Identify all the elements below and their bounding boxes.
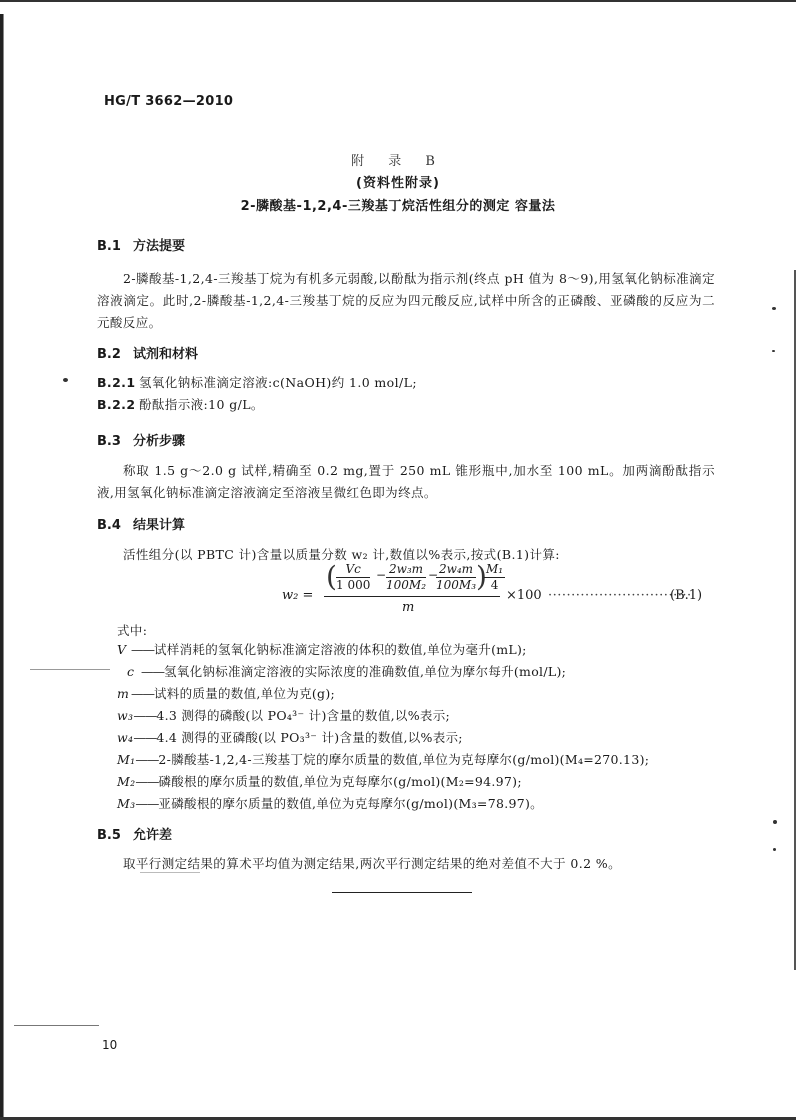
section-b3-paragraph: 称取 1.5 g～2.0 g 试样,精确至 0.2 mg,置于 250 mL 锥… [97, 460, 715, 504]
definition-item: V——试样消耗的氢氧化钠标准滴定溶液的体积的数值,单位为毫升(mL); [117, 640, 649, 662]
minus-sign: − [376, 568, 386, 582]
section-title: 方法提要 [133, 239, 185, 254]
definition-item: c——氢氧化钠标准滴定溶液的实际浓度的准确数值,单位为摩尔每升(mol/L); [117, 662, 649, 684]
section-number: B.4 [97, 518, 127, 533]
definition-item: m——试料的质量的数值,单位为克(g); [117, 684, 649, 706]
equation-b1: w₂ = ( Vc 1 000 − 2w₃m 100M₂ − 2w₄m 100M… [280, 560, 720, 618]
scan-edge-top [0, 0, 796, 2]
fraction-term3: 2w₄m 100M₃ [436, 562, 476, 593]
variable-definitions: V——试样消耗的氢氧化钠标准滴定溶液的体积的数值,单位为毫升(mL); c——氢… [117, 640, 649, 816]
section-number: B.5 [97, 828, 127, 843]
page-number: 10 [102, 1038, 117, 1052]
equation-number: (B.1) [670, 588, 702, 603]
main-fraction-bar [324, 596, 500, 597]
section-b1-paragraph: 2-膦酸基-1,2,4-三羧基丁烷为有机多元弱酸,以酚酞为指示剂(终点 pH 值… [97, 268, 715, 334]
scan-speck [773, 848, 776, 851]
scan-noise [140, 872, 200, 873]
section-number: B.3 [97, 434, 127, 449]
fraction-factor: M₁ 4 [484, 562, 505, 593]
section-heading-b5: B.5允许差 [97, 824, 172, 843]
formula-lhs: w₂ = [282, 588, 313, 603]
item-number: B.2.2 [97, 397, 139, 412]
standard-code: HG/T 3662—2010 [104, 94, 233, 109]
fraction-term2: 2w₃m 100M₂ [386, 562, 426, 593]
fraction-term1: Vc 1 000 [336, 562, 370, 593]
section-number: B.1 [97, 239, 127, 254]
formula-multiplier: ×100 [506, 588, 542, 603]
appendix-label: 附 录 B [0, 150, 796, 169]
section-number: B.2 [97, 347, 127, 362]
list-item-b2-1: B.2.1氢氧化钠标准滴定溶液:c(NaOH)约 1.0 mol/L; [97, 373, 417, 391]
list-item-b2-2: B.2.2酚酞指示液:10 g/L。 [97, 395, 264, 413]
definition-item: M₁——2-膦酸基-1,2,4-三羧基丁烷的摩尔质量的数值,单位为克每摩尔(g/… [117, 750, 649, 772]
section-heading-b1: B.1方法提要 [97, 235, 185, 254]
definition-item: M₃——亚磷酸根的摩尔质量的数值,单位为克每摩尔(g/mol)(M₃=78.97… [117, 794, 649, 816]
scan-speck [772, 307, 776, 310]
definition-item: M₂——磷酸根的摩尔质量的数值,单位为克每摩尔(g/mol)(M₂=94.97)… [117, 772, 649, 794]
end-of-document-rule [332, 892, 472, 893]
formula-denominator: m [402, 600, 414, 615]
item-text: 氢氧化钠标准滴定溶液:c(NaOH)约 1.0 mol/L; [139, 375, 417, 390]
definition-item: w₃——4.3 测得的磷酸(以 PO₄³⁻ 计)含量的数值,以%表示; [117, 706, 649, 728]
scan-noise [14, 1025, 99, 1026]
where-label: 式中: [117, 621, 147, 639]
section-title: 分析步骤 [133, 434, 185, 449]
appendix-title: 2-膦酸基-1,2,4-三羧基丁烷活性组分的测定 容量法 [0, 195, 796, 214]
scan-noise [30, 669, 110, 670]
item-text: 酚酞指示液:10 g/L。 [139, 397, 264, 412]
section-heading-b3: B.3分析步骤 [97, 430, 185, 449]
definition-item: w₄——4.4 测得的亚磷酸(以 PO₃³⁻ 计)含量的数值,以%表示; [117, 728, 649, 750]
scan-speck [63, 378, 68, 382]
section-heading-b2: B.2试剂和材料 [97, 343, 198, 362]
section-heading-b4: B.4结果计算 [97, 514, 185, 533]
section-title: 允许差 [133, 828, 172, 843]
section-title: 结果计算 [133, 518, 185, 533]
section-title: 试剂和材料 [133, 347, 198, 362]
scan-speck [773, 820, 777, 824]
appendix-type: (资料性附录) [0, 172, 796, 191]
item-number: B.2.1 [97, 375, 139, 390]
scan-speck [772, 350, 775, 352]
